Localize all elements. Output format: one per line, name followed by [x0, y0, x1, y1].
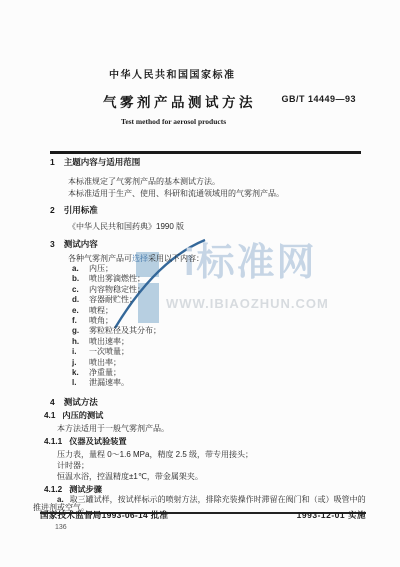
list-item: i.一次喷量； — [72, 347, 370, 357]
list-item: b.喷出雾滴燃性； — [72, 274, 370, 284]
section2-heading: 2引用标准 — [50, 205, 370, 216]
list-item-text: 内容物稳定性； — [89, 285, 145, 294]
list-item-label: h. — [72, 337, 89, 347]
section3-intro: 各种气雾剂产品可选择采用以下内容： — [68, 253, 370, 264]
list-item-text: 内压； — [89, 264, 113, 273]
test-content-list: a.内压； b.喷出雾滴燃性； c.内容物稳定性； d.容器耐贮性； e.喷程；… — [72, 264, 370, 389]
section3-heading: 3测试内容 — [50, 239, 370, 250]
section4-1-paragraph: 本方法适用于一般气雾剂产品。 — [57, 423, 370, 434]
list-item-label: g. — [72, 326, 89, 336]
standard-document-page: i标准网 WWW.IBIAOZHUN.COM 中华人民共和国国家标准 气雾剂产品… — [0, 0, 400, 567]
section1-number: 1 — [50, 157, 55, 167]
section3-number: 3 — [50, 239, 55, 249]
section3-intro-highlight: 选择 — [132, 254, 148, 263]
list-item: a.内压； — [72, 264, 370, 274]
list-item-text: 雾粒粒径及其分布； — [89, 326, 161, 335]
section4-heading: 4测试方法 — [50, 397, 370, 408]
procedure-step-a: a.取三罐试样，按试样标示的喷射方法，排除充装操作时滞留在阀门和（或）吸管中的推… — [33, 496, 370, 513]
section4-1-title: 内压的测试 — [62, 411, 103, 420]
list-item: g.雾粒粒径及其分布； — [72, 326, 370, 336]
list-item-text: 喷角； — [89, 316, 113, 325]
section3-title: 测试内容 — [64, 239, 98, 249]
apparatus-line-2: 计时器； — [57, 460, 370, 471]
national-standard-label: 中华人民共和国国家标准 — [109, 66, 236, 81]
apparatus-line-3: 恒温水浴，控温精度±1℃，带金属架夹。 — [57, 471, 370, 482]
list-item-label: d. — [72, 295, 89, 305]
section1-paragraph-2: 本标准适用于生产、使用、科研和流通领域用的气雾剂产品。 — [68, 188, 370, 200]
list-item-label: k. — [72, 368, 89, 378]
list-item-text: 喷出速率； — [89, 337, 129, 346]
list-item: h.喷出速率； — [72, 337, 370, 347]
list-item-label: i. — [72, 347, 89, 357]
section1-heading: 1主题内容与适用范围 — [50, 157, 370, 168]
page-number: 136 — [55, 524, 67, 531]
list-item-text: 净重量； — [89, 368, 121, 377]
section2-title: 引用标准 — [64, 205, 98, 215]
list-item: k.净重量； — [72, 368, 370, 378]
section2-paragraph-1: 《中华人民共和国药典》1990 版 — [68, 221, 370, 233]
section4-title: 测试方法 — [64, 397, 98, 407]
list-item: c.内容物稳定性； — [72, 285, 370, 295]
section3-intro-pre: 各种气雾剂产品可 — [68, 254, 132, 263]
section1-paragraph-1: 本标准规定了气雾剂产品的基本测试方法。 — [68, 176, 370, 188]
list-item: j.喷出率； — [72, 358, 370, 368]
list-item-text: 一次喷量； — [89, 347, 129, 356]
list-item: d.容器耐贮性； — [72, 295, 370, 305]
list-item: f.喷角； — [72, 316, 370, 326]
list-item-label: e. — [72, 306, 89, 316]
section2-number: 2 — [50, 205, 55, 215]
list-item-text: 喷出雾滴燃性； — [89, 274, 145, 283]
list-item-label: f. — [72, 316, 89, 326]
section1-title: 主题内容与适用范围 — [64, 157, 141, 167]
list-item-text: 容器耐贮性； — [89, 295, 137, 304]
list-item-text: 泄漏速率。 — [89, 378, 129, 387]
list-item-label: j. — [72, 358, 89, 368]
document-body: 1主题内容与适用范围 本标准规定了气雾剂产品的基本测试方法。 本标准适用于生产、… — [33, 150, 370, 513]
procedure-step-text: 取三罐试样，按试样标示的喷射方法，排除充装操作时滞留在阀门和（或）吸管中的推进剂… — [33, 495, 366, 513]
section4-1-2-title: 测试步骤 — [69, 485, 102, 494]
section4-1-1-number: 4.1.1 — [44, 437, 62, 446]
standard-code: GB/T 14449—93 — [281, 94, 356, 104]
section3-intro-post: 采用以下内容： — [148, 254, 204, 263]
document-title: 气雾剂产品测试方法 — [103, 91, 256, 111]
list-item-label: b. — [72, 274, 89, 284]
section4-1-number: 4.1 — [44, 411, 55, 420]
list-item: l.泄漏速率。 — [72, 378, 370, 388]
apparatus-line-1: 压力表，量程 0～1.6 MPa，精度 2.5 级，带专用接头； — [57, 449, 370, 460]
section4-1-1-heading: 4.1.1仪器及试验装置 — [44, 437, 370, 447]
list-item-label: l. — [72, 378, 89, 388]
section4-1-2-heading: 4.1.2测试步骤 — [44, 485, 370, 495]
section4-number: 4 — [50, 397, 55, 407]
list-item-label: c. — [72, 285, 89, 295]
list-item-label: a. — [72, 264, 89, 274]
section4-1-2-number: 4.1.2 — [44, 485, 62, 494]
list-item-text: 喷程； — [89, 306, 113, 315]
english-subtitle: Test method for aerosol products — [121, 117, 226, 126]
list-item-text: 喷出率； — [89, 358, 121, 367]
list-item: e.喷程； — [72, 306, 370, 316]
section4-1-1-title: 仪器及试验装置 — [69, 437, 126, 446]
section4-1-heading: 4.1内压的测试 — [44, 411, 370, 421]
